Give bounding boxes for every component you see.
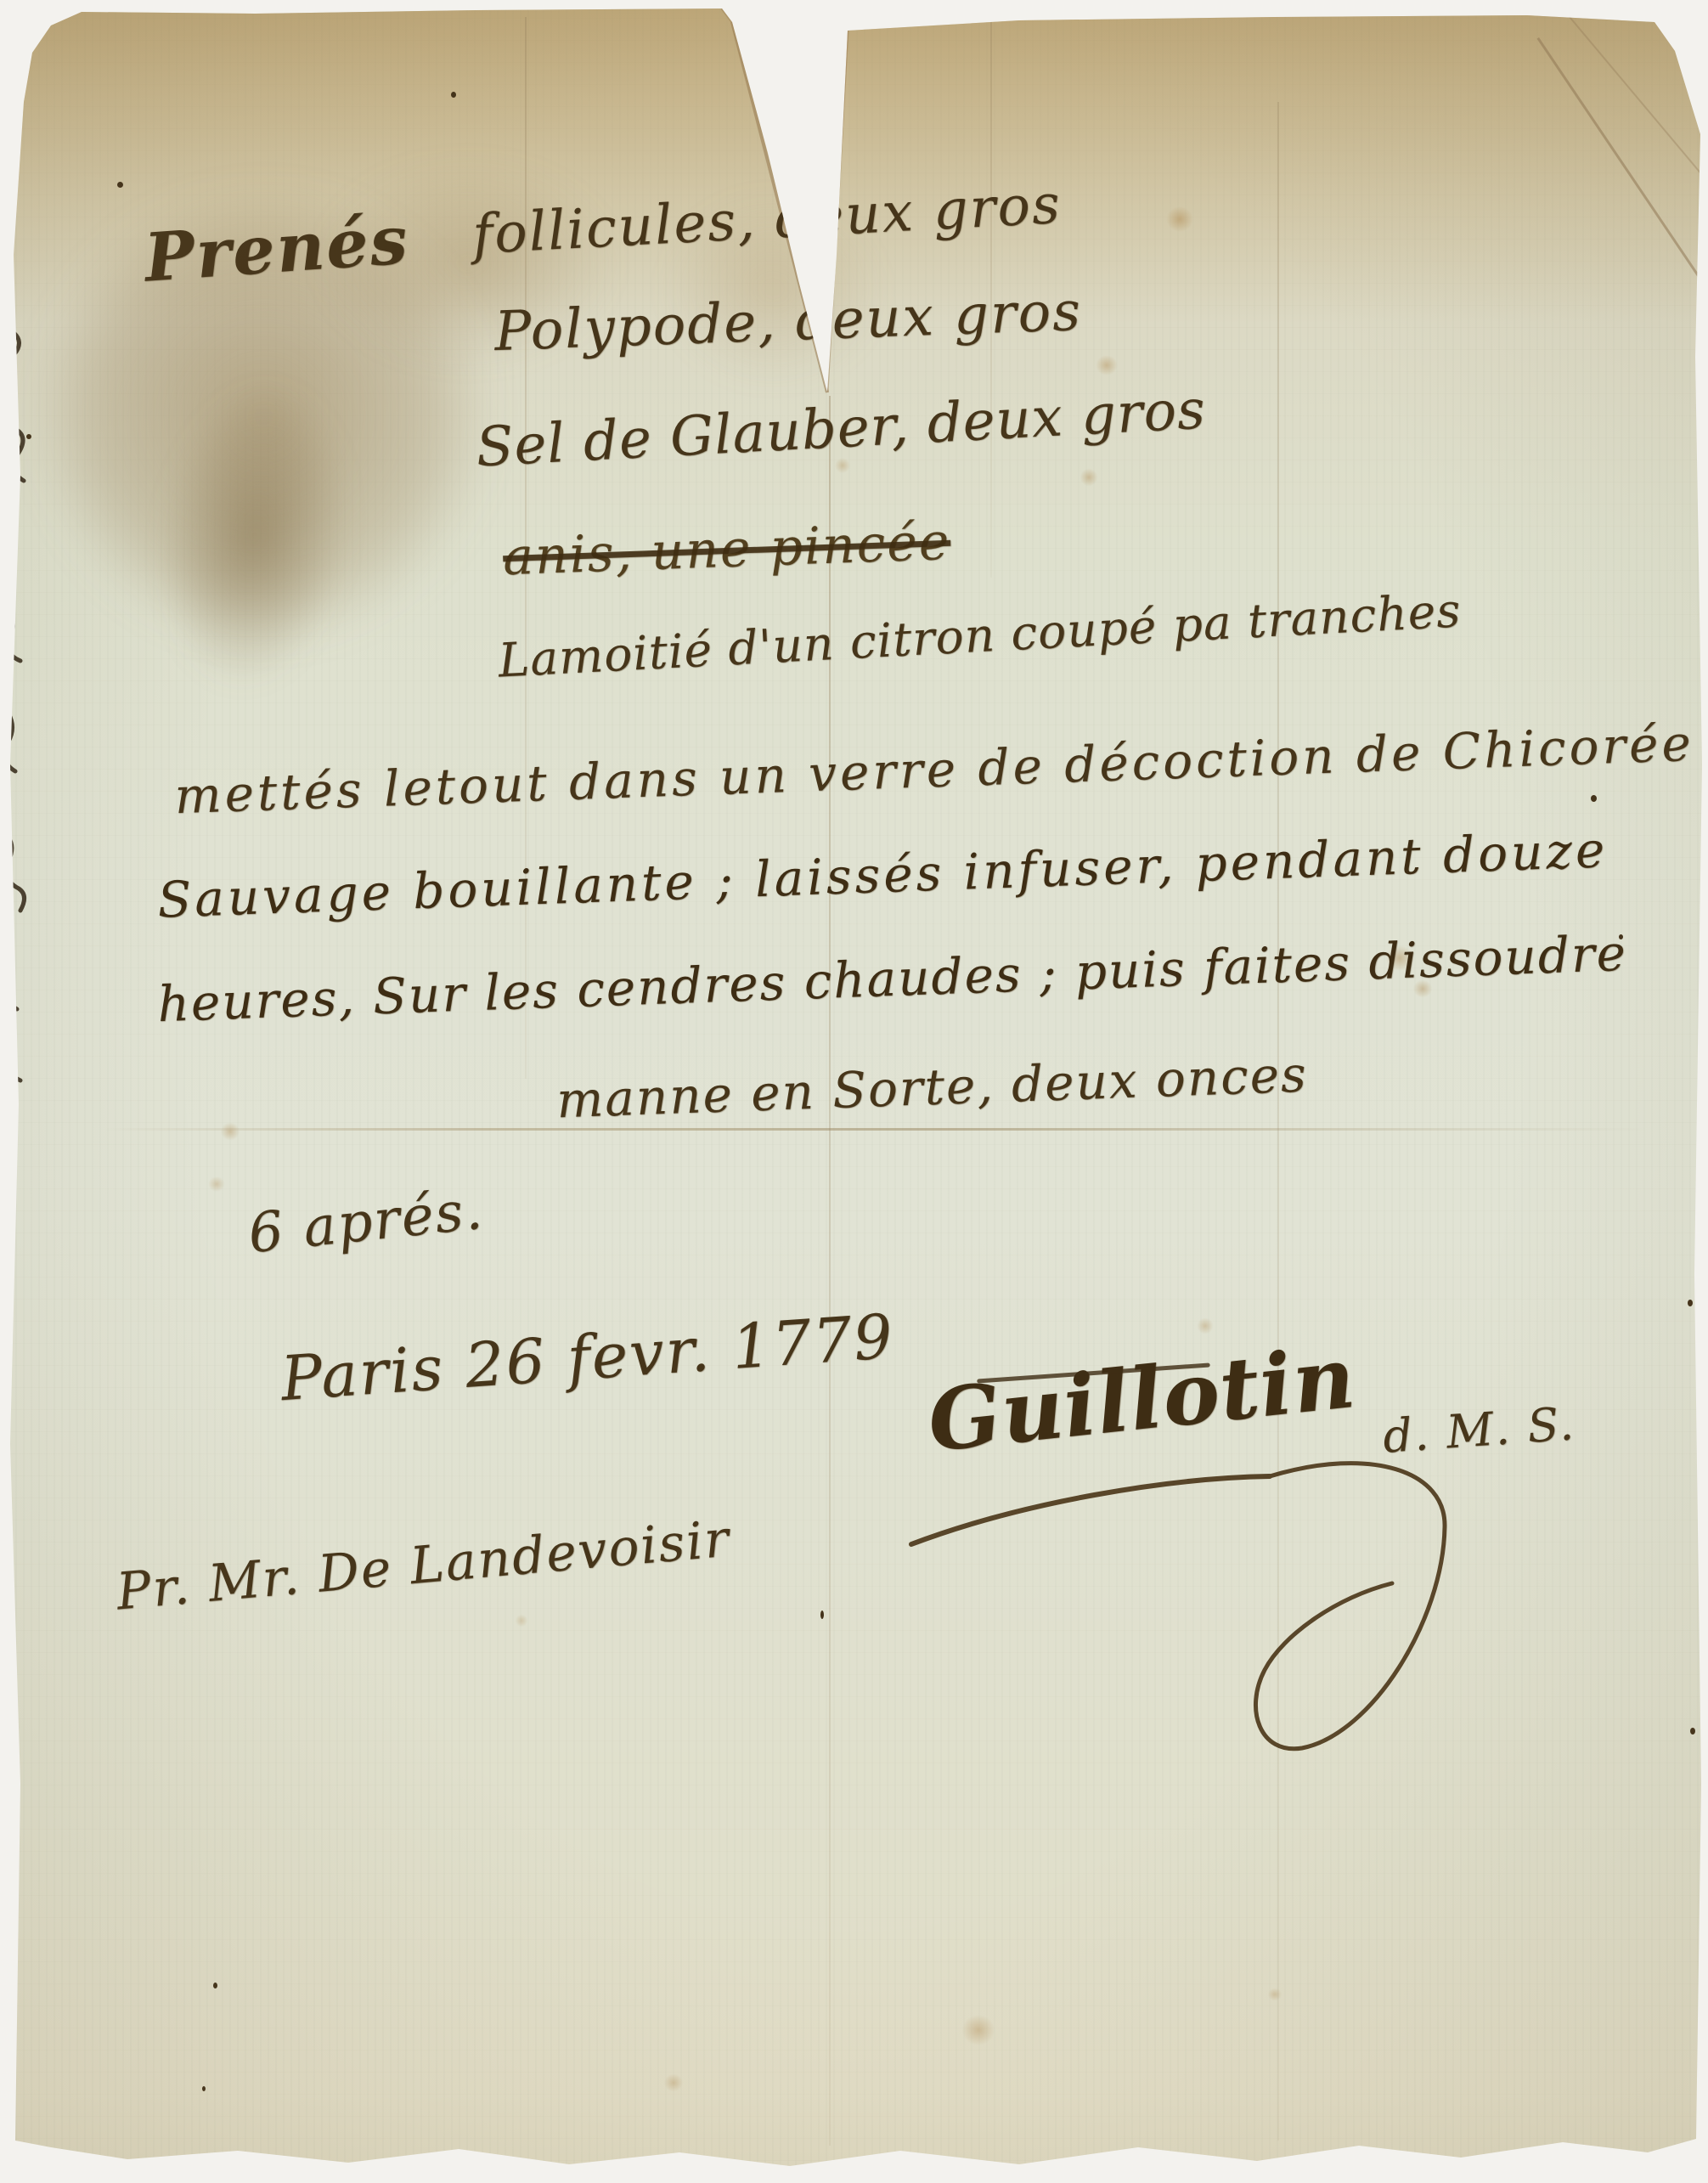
manuscript-line-addressee: Pr. Mr. De Landevoisir xyxy=(114,1509,732,1622)
scan-backdrop: Prenés follicules, deux gros Polypode, d… xyxy=(0,0,1708,2183)
fox-spot xyxy=(661,2071,686,2095)
fox-spot xyxy=(1265,1986,1284,2003)
horizontal-fold-crease xyxy=(102,1128,1648,1131)
manuscript-line-note: 6 aprés. xyxy=(245,1179,487,1266)
ink-speck xyxy=(1690,1728,1695,1735)
fox-spot xyxy=(956,2010,1001,2050)
ink-speck xyxy=(1688,1300,1693,1306)
manuscript-line-instruction-4: manne en Sorte, deux onces xyxy=(555,1046,1309,1130)
ink-speck xyxy=(1591,795,1597,802)
manuscript-line-instruction-3: heures, Sur les cendres chaudes ; puis f… xyxy=(156,924,1628,1033)
manuscript-line-ingredient-5: Lamoitié d'un citron coupé pa tranches xyxy=(497,583,1463,687)
ink-speck xyxy=(820,1610,824,1619)
fox-spot xyxy=(206,1174,228,1194)
fox-spot xyxy=(513,1612,530,1629)
verso-ink-bleedthrough xyxy=(0,272,29,1087)
manuscript-paper: Prenés follicules, deux gros Polypode, d… xyxy=(0,0,1708,2183)
signature-flourish xyxy=(896,1393,1542,1784)
ink-speck xyxy=(202,2086,206,2091)
manuscript-line-dateline: Paris 26 fevr. 1779 xyxy=(279,1300,896,1414)
ink-speck xyxy=(213,1983,217,1988)
fox-spot xyxy=(217,1120,243,1143)
fox-spot xyxy=(1194,1315,1216,1337)
manuscript-line-instruction-2: Sauvage bouillante ; laissés infuser, pe… xyxy=(156,821,1609,929)
manuscript-line-instruction-1: mettés letout dans un verre de décoction… xyxy=(173,714,1694,825)
